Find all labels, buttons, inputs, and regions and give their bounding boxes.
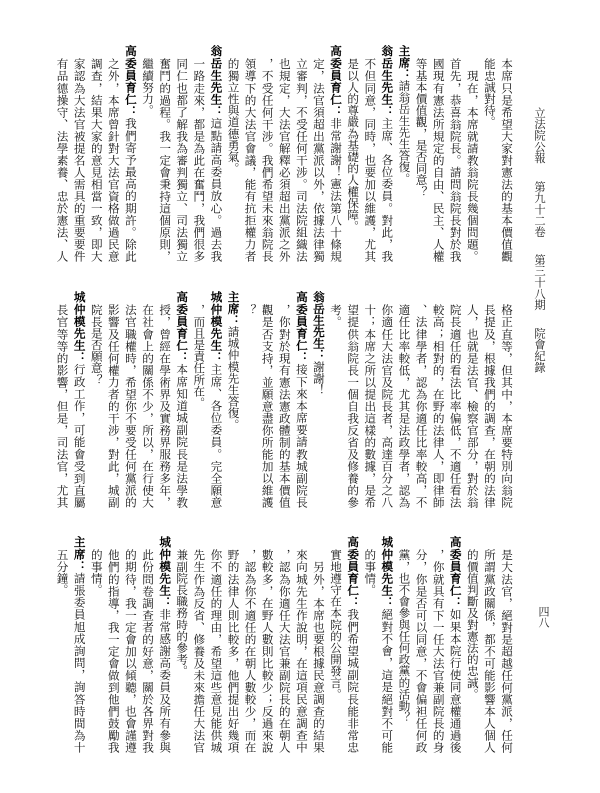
text-column: ，而且是責任所在。: [190, 291, 207, 508]
text-column: 是大法官，絕對是超越任何黨派，任何: [498, 536, 515, 753]
speaker-column: 翁岳生先生：謝謝！: [310, 291, 327, 508]
text-column: 是以人的尊嚴為基礎的人權保障。: [344, 45, 361, 262]
speaker-column: 翁岳生先生：主席、各位委員。對此，我: [378, 45, 395, 262]
text-column: 之外，本席曾針對大法官資格做過民意: [105, 45, 122, 262]
text-column: 十；本席之所以提出這樣的數據，是希: [361, 291, 378, 508]
utterance-text: 我們寄予最高的期許。除此: [124, 118, 138, 263]
text-column: 分，你是否可以同意，不會偏袒任何政: [412, 536, 429, 753]
utterance-text: 絕對不會，這是絕對不可能: [380, 609, 394, 754]
speaker-name: 高委員育仁：: [124, 45, 138, 118]
text-column: 、法律學者，認為你適任比率較高，不: [412, 291, 429, 508]
bottom-tier: 是大法官，絕對是超越任何黨派，任何 所謂黨政關係，都不可能影響本人個人 的價值判…: [53, 536, 515, 753]
utterance-text: 本席知道城副院長是法學教: [175, 364, 189, 509]
text-column: ，不受任何干涉。我們希望未來翁院長: [259, 45, 276, 262]
utterance-text: 行政工作，可能會受到直屬: [73, 364, 87, 509]
section-label: 院會紀錄: [533, 328, 546, 373]
text-column: 你不適任的理由，希望這些意見能供城: [207, 536, 224, 753]
text-column: 也規定，大法官解釋必須超出黨派之外: [276, 45, 293, 262]
text-column: 此份問卷調查者的好意，關於各界對我: [139, 536, 156, 753]
middle-tier: 格正直等，但其中，本席要特別向翁院 長提及，根據我們的調查，在朝的法律 人，也就…: [53, 291, 515, 508]
speaker-name: 主席：: [227, 291, 241, 326]
text-column: 的期待，我一定會加以傾聽，也會謹遵: [122, 536, 139, 753]
utterance-text: 請城仲模先生答復。: [227, 326, 241, 430]
text-column: 數較多，在野人數則比較少；反過來說: [259, 536, 276, 753]
text-column: 有品德操守、法學素養、忠於憲法、人: [53, 45, 70, 262]
text-column: 來向城先生作說明，在這項民意調查中: [293, 536, 310, 753]
speaker-column: 城仲模先生：主席、各位委員。完全願意: [207, 291, 224, 508]
text-column: 的獨立性與道德勇氣。: [224, 45, 241, 262]
speaker-column: 城仲模先生：絕對不會，這是絕對不可能: [378, 536, 395, 753]
speaker-column: 高委員育仁：我們寄予最高的期許。除此: [122, 45, 139, 262]
gazette-page: 立法院公報第九十二卷第三十八期院會紀錄 四八 本席只是希望大家對憲法的基本價值觀…: [0, 0, 600, 793]
speaker-column: 高委員育仁：如果本院行使同意權通過後: [447, 536, 464, 753]
text-column: 在社會上的關係不少，所以，在行使大: [139, 291, 156, 508]
speaker-column: 城仲模先生：非常感謝高委員及所有參與: [156, 536, 173, 753]
speaker-name: 高委員育仁：: [295, 291, 309, 364]
text-column: 一路走來，都是為此在奮鬥，我們很多: [190, 45, 207, 262]
text-column: 的事情。: [88, 536, 105, 753]
text-column: ，你對於現有憲法憲政體制的基本價值: [276, 291, 293, 508]
speaker-name: 高委員育仁：: [449, 536, 463, 609]
issue-label: 第三十八期: [533, 254, 546, 311]
speaker-name: 高委員育仁：: [346, 536, 360, 609]
utterance-text: 謝謝！: [312, 361, 326, 396]
text-column: 先生作為反省、修養及未來擔任大法官: [190, 536, 207, 753]
speaker-name: 翁岳生先生：: [209, 45, 223, 118]
speaker-column: 主席：請張委員旭成詢問，詢答時間為十: [71, 536, 88, 753]
text-column: 等基本價值觀，是否同意？: [412, 45, 429, 262]
speaker-name: 翁岳生先生：: [312, 291, 326, 361]
utterance-text: 如果本院行使同意權通過後: [449, 609, 463, 754]
publication-title: 立法院公報: [533, 107, 546, 164]
text-column: ？: [242, 291, 259, 508]
text-column: 格正直等，但其中，本席要特別向翁院: [498, 291, 515, 508]
top-tier: 本席只是希望大家對憲法的基本價值觀 能忠誠對待。 現在，本席就請教翁院長幾個問題…: [53, 45, 515, 262]
text-column: 五分鐘。: [53, 536, 70, 753]
text-column: 院長是否願意？: [88, 291, 105, 508]
text-column: 較高；相對的，在野的法律人，即律師: [430, 291, 447, 508]
speaker-name: 城仲模先生：: [158, 536, 172, 609]
text-column: 所謂黨政關係，都不可能影響本人個人: [481, 536, 498, 753]
utterance-text: 請張委員旭成詢問，詢答時間為十: [73, 572, 87, 753]
text-column: 考。: [327, 291, 344, 508]
text-column: ，認為你不適任的在朝人數較少，而在: [242, 536, 259, 753]
utterance-text: 主席、各位委員。完全願意: [209, 364, 223, 509]
text-column: 兼副院長職務時的參考。: [173, 536, 190, 753]
speaker-name: 主席：: [73, 536, 87, 572]
text-column: 觀是否支持，並願意盡你所能加以維護: [259, 291, 276, 508]
text-column: 的價值判斷及對憲法的忠誠。: [464, 536, 481, 753]
text-column: 野的法律人則比較多，他們提出好幾項: [224, 536, 241, 753]
text-column: 長官等等的影響，但是，司法官，尤其: [53, 291, 70, 508]
text-column: 家認為大法官被提名人需具的重要要件: [71, 45, 88, 262]
text-column: 他們的指導，我一定會做到他們鼓勵我: [105, 536, 122, 753]
page-number: 四八: [536, 606, 550, 628]
text-column: 國現有憲法所規定的自由、民主、人權: [430, 45, 447, 262]
speaker-column: 高委員育仁：我們希望城副院長能非常忠: [344, 536, 361, 753]
text-column: 長提及，根據我們的調查，在朝的法律: [481, 291, 498, 508]
text-column: 院長適任的看法比率偏低，不適任看法: [447, 291, 464, 508]
text-column: 不但同意，同時，也要加以維護，尤其: [361, 45, 378, 262]
volume-label: 第九十二卷: [533, 181, 546, 238]
text-column: 現在，本席就請教翁院長幾個問題。: [464, 45, 481, 262]
text-column: 的事情。: [361, 536, 378, 753]
text-column: ，你就具有下一任大法官兼副院長的身: [430, 536, 447, 753]
text-column: 立審判，不受任何干涉。司法院組織法: [293, 45, 310, 262]
speaker-name: 高委員育仁：: [175, 291, 189, 364]
text-column: 定，法官須超出黨派以外，依據法律獨: [310, 45, 327, 262]
utterance-text: 接下來本席要請教城副院長: [295, 364, 309, 509]
speaker-column: 城仲模先生：行政工作，可能會受到直屬: [71, 291, 88, 508]
speaker-column: 主席：請城仲模先生答復。: [224, 291, 241, 508]
speaker-name: 城仲模先生：: [73, 291, 87, 364]
text-column: 能忠誠對待。: [481, 45, 498, 262]
text-column: 另外，本席也要根據民意調查的結果: [310, 536, 327, 753]
text-column: 授，曾經在學術界及實務界服務多年，: [156, 291, 173, 508]
utterance-text: 非常感謝高委員及所有參與: [158, 609, 172, 754]
text-column: 調查，結果大家的意見相當一致，即大: [88, 45, 105, 262]
speaker-name: 主席：: [397, 45, 411, 80]
speaker-column: 主席：請翁岳生先生答復。: [395, 45, 412, 262]
text-column: 你適任大法官及院長者，高達百分之八: [378, 291, 395, 508]
text-column: 同仁也都了解我為審判獨立、司法獨立: [173, 45, 190, 262]
speaker-column: 高委員育仁：非常謝謝！憲法第八十條規: [327, 45, 344, 262]
text-column: 人，也就是法官、檢察官部分，對於翁: [464, 291, 481, 508]
text-column: 法官職權時，希望你不要受任何黨派的: [122, 291, 139, 508]
utterance-text: 這點請高委員放心。過去我: [209, 118, 223, 263]
text-column: ，認為你適任大法官兼副院長的在朝人: [276, 536, 293, 753]
speaker-column: 高委員育仁：本席知道城副院長是法學教: [173, 291, 190, 508]
text-column: 本席只是希望大家對憲法的基本價值觀: [498, 45, 515, 262]
speaker-name: 城仲模先生：: [209, 291, 223, 364]
text-column: 黨，也不會參與任何政黨的活動？: [395, 536, 412, 753]
text-column: 影響及任何權力者的干涉，對此，城副: [105, 291, 122, 508]
utterance-text: 請翁岳生先生答復。: [397, 80, 411, 184]
speaker-name: 城仲模先生：: [380, 536, 394, 609]
text-column: 繼續努力。: [139, 45, 156, 262]
text-column: 奮鬥的過程。我一定會秉持這個原則，: [156, 45, 173, 262]
text-column: 適任比率較低，尤其是法政學者，認為: [395, 291, 412, 508]
utterance-text: 主席、各位委員。對此，我: [380, 118, 394, 263]
utterance-text: 非常謝謝！憲法第八十條規: [329, 118, 343, 263]
speaker-column: 翁岳生先生：這點請高委員放心。過去我: [207, 45, 224, 262]
speaker-column: 高委員育仁：接下來本席要請教城副院長: [293, 291, 310, 508]
speaker-name: 高委員育仁：: [329, 45, 343, 118]
text-column: 首先，恭喜翁院長。請問翁院長對於我: [447, 45, 464, 262]
text-column: 領導下的大法官會議，能有抗拒權力者: [242, 45, 259, 262]
running-header: 立法院公報第九十二卷第三十八期院會紀錄: [532, 107, 546, 373]
text-column: 望提供翁院長一個自我反省及修養的參: [344, 291, 361, 508]
utterance-text: 我們希望城副院長能非常忠: [346, 609, 360, 754]
text-column: 實地遵守在本院的公開發言。: [327, 536, 344, 753]
speaker-name: 翁岳生先生：: [380, 45, 394, 118]
